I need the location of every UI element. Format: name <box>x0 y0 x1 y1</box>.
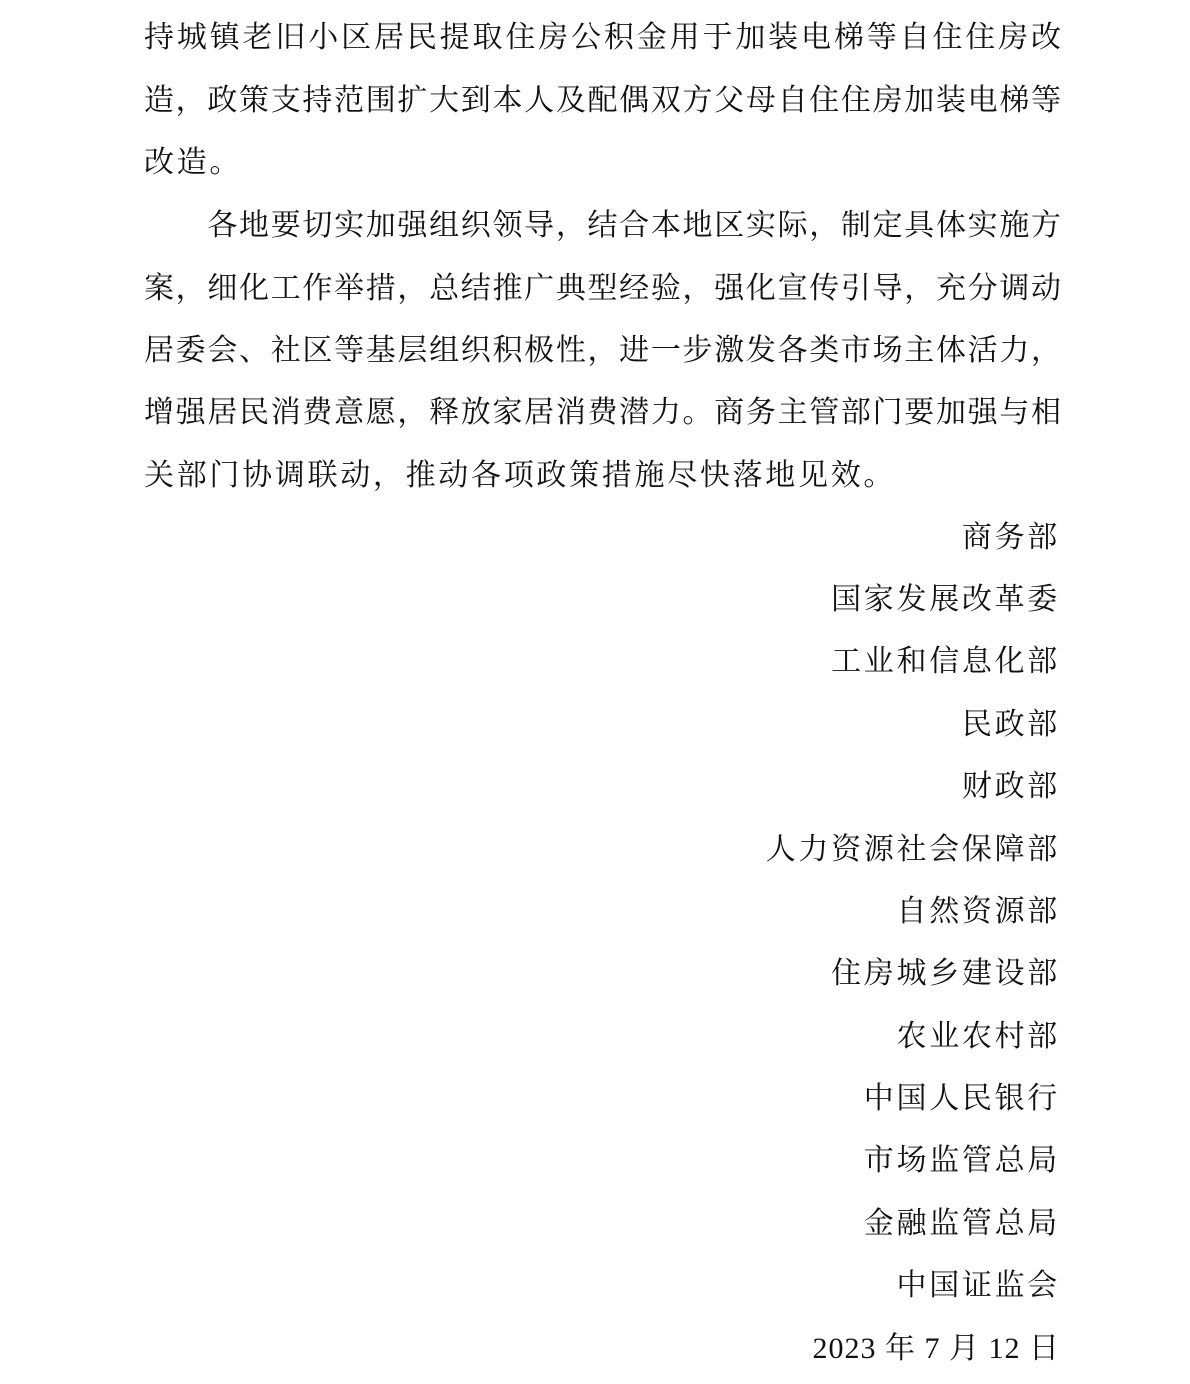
paragraph-1-line-2: 造，政策支持范围扩大到本人及配偶双方父母自住住房加装电梯等 <box>144 81 1061 121</box>
document-page: 持城镇老旧小区居民提取住房公积金用于加装电梯等自住住房改 造，政策支持范围扩大到… <box>0 0 1190 1384</box>
signatory-mof: 财政部 <box>962 767 1060 807</box>
paragraph-2-line-1: 各地要切实加强组织领导，结合本地区实际，制定具体实施方 <box>144 206 1061 246</box>
signatory-mohrss: 人力资源社会保障部 <box>766 830 1060 870</box>
signatory-mnr: 自然资源部 <box>897 892 1061 932</box>
signatory-mca: 民政部 <box>962 705 1060 745</box>
signatory-mohurd: 住房城乡建设部 <box>831 954 1060 994</box>
paragraph-2-line-4: 增强居民消费意愿，释放家居消费潜力。商务主管部门要加强与相 <box>144 393 1061 433</box>
signatory-mofcom: 商务部 <box>962 518 1060 558</box>
document-date: 2023 年 7 月 12 日 <box>813 1329 1061 1369</box>
signatory-ndrc: 国家发展改革委 <box>831 580 1060 620</box>
paragraph-2-line-3: 居委会、社区等基层组织积极性，进一步激发各类市场主体活力， <box>144 331 1061 371</box>
signatory-pboc: 中国人民银行 <box>864 1079 1060 1119</box>
signatory-samr: 市场监管总局 <box>864 1141 1060 1181</box>
paragraph-1-line-3: 改造。 <box>144 143 1061 183</box>
signatory-miit: 工业和信息化部 <box>831 642 1060 682</box>
signatory-moa: 农业农村部 <box>897 1017 1061 1057</box>
signatory-csrc: 中国证监会 <box>897 1266 1061 1306</box>
signatory-nfra: 金融监管总局 <box>864 1204 1060 1244</box>
paragraph-2-line-2: 案，细化工作举措，总结推广典型经验，强化宣传引导，充分调动 <box>144 269 1061 309</box>
paragraph-2-line-5: 关部门协调联动，推动各项政策措施尽快落地见效。 <box>144 456 1061 496</box>
paragraph-1-line-1: 持城镇老旧小区居民提取住房公积金用于加装电梯等自住住房改 <box>144 18 1061 58</box>
